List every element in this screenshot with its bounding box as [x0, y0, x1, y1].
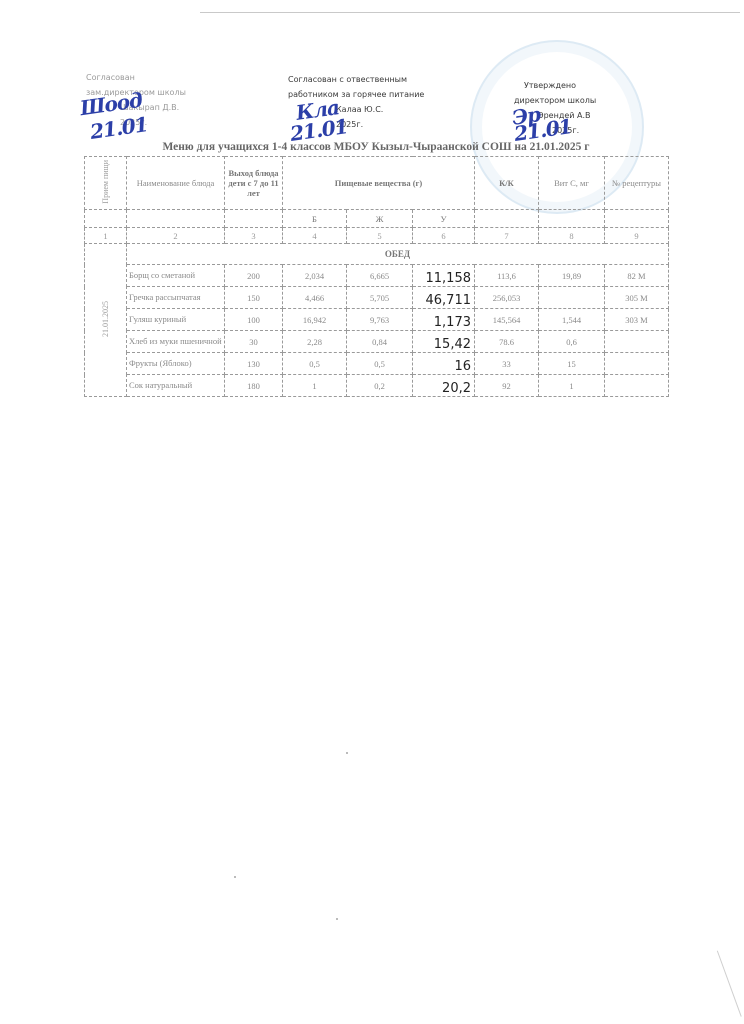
- col-num: 3: [225, 228, 283, 244]
- col-num: 6: [413, 228, 475, 244]
- dish-kcal: 256,053: [475, 287, 539, 309]
- col-num: 5: [347, 228, 413, 244]
- dish-recipe: 303 М: [605, 309, 669, 331]
- dish-name: Гуляш куриный: [127, 309, 225, 331]
- dish-vitamin: 15: [539, 353, 605, 375]
- dish-fat: 0,84: [347, 331, 413, 353]
- table-row: Гречка рассыпчатая 150 4,466 5,705 46,71…: [85, 287, 669, 309]
- dish-carbs: 1,173: [413, 309, 475, 331]
- scan-edge-line: [200, 12, 740, 13]
- col-num: 7: [475, 228, 539, 244]
- dish-yield: 100: [225, 309, 283, 331]
- dish-name: Фрукты (Яблоко): [127, 353, 225, 375]
- dish-vitamin: 1,544: [539, 309, 605, 331]
- scan-speck: [336, 918, 338, 920]
- subheader-row: Б Ж У: [85, 210, 669, 228]
- table-row: Борщ со сметаной 200 2,034 6,665 11,158 …: [85, 265, 669, 287]
- dish-vitamin: 0,6: [539, 331, 605, 353]
- scan-corner-mark: [709, 951, 741, 1020]
- dish-kcal: 145,564: [475, 309, 539, 331]
- dish-vitamin: 19,89: [539, 265, 605, 287]
- dish-name: Борщ со сметаной: [127, 265, 225, 287]
- dish-carbs: 11,158: [413, 265, 475, 287]
- menu-table: Прием пищи Наименование блюда Выход блюд…: [84, 156, 669, 397]
- subheader-carbs: У: [413, 210, 475, 228]
- col-num: 9: [605, 228, 669, 244]
- dish-fat: 6,665: [347, 265, 413, 287]
- subheader-protein: Б: [283, 210, 347, 228]
- date-cell: 21.01.2025: [85, 244, 127, 397]
- dish-protein: 4,466: [283, 287, 347, 309]
- dish-kcal: 78.6: [475, 331, 539, 353]
- document-title: Меню для учащихся 1-4 классов МБОУ Кызыл…: [84, 141, 668, 153]
- table-row: Хлеб из муки пшеничной 30 2,28 0,84 15,4…: [85, 331, 669, 353]
- dish-protein: 1: [283, 375, 347, 397]
- dish-protein: 16,942: [283, 309, 347, 331]
- dish-yield: 200: [225, 265, 283, 287]
- table-row: Гуляш куриный 100 16,942 9,763 1,173 145…: [85, 309, 669, 331]
- section-row: 21.01.2025 ОБЕД: [85, 244, 669, 265]
- dish-kcal: 92: [475, 375, 539, 397]
- header-row: Прием пищи Наименование блюда Выход блюд…: [85, 157, 669, 210]
- dish-fat: 9,763: [347, 309, 413, 331]
- dish-recipe: 305 М: [605, 287, 669, 309]
- dish-yield: 30: [225, 331, 283, 353]
- table-row: Фрукты (Яблоко) 130 0,5 0,5 16 33 15: [85, 353, 669, 375]
- dish-fat: 0,2: [347, 375, 413, 397]
- dish-fat: 0,5: [347, 353, 413, 375]
- subheader-fat: Ж: [347, 210, 413, 228]
- dish-yield: 180: [225, 375, 283, 397]
- dish-carbs: 46,711: [413, 287, 475, 309]
- section-title-lunch: ОБЕД: [127, 244, 669, 265]
- col-num: 1: [85, 228, 127, 244]
- dish-recipe: 82 М: [605, 265, 669, 287]
- dish-vitamin: 1: [539, 375, 605, 397]
- dish-name: Сок натуральный: [127, 375, 225, 397]
- approval-right-line1: Утверждено: [514, 78, 596, 93]
- approval-left-line1: Согласован: [86, 70, 186, 85]
- scan-speck: [234, 876, 236, 878]
- dish-yield: 130: [225, 353, 283, 375]
- dish-kcal: 33: [475, 353, 539, 375]
- col-num: 2: [127, 228, 225, 244]
- table-row: Сок натуральный 180 1 0,2 20,2 92 1: [85, 375, 669, 397]
- header-vitamin: Вит С, мг: [539, 157, 605, 210]
- dish-carbs: 15,42: [413, 331, 475, 353]
- dish-vitamin: [539, 287, 605, 309]
- dish-kcal: 113,6: [475, 265, 539, 287]
- dish-recipe: [605, 331, 669, 353]
- approval-mid-line1: Согласован с отвественным: [288, 72, 424, 87]
- header-nutrients: Пищевые вещества (г): [283, 157, 475, 210]
- dish-yield: 150: [225, 287, 283, 309]
- dish-carbs: 16: [413, 353, 475, 375]
- dish-name: Гречка рассыпчатая: [127, 287, 225, 309]
- header-dish: Наименование блюда: [127, 157, 225, 210]
- dish-protein: 0,5: [283, 353, 347, 375]
- dish-fat: 5,705: [347, 287, 413, 309]
- col-num: 8: [539, 228, 605, 244]
- scan-speck: [346, 752, 348, 754]
- dish-protein: 2,28: [283, 331, 347, 353]
- header-kcal: К/К: [475, 157, 539, 210]
- header-recipe: № рецептуры: [605, 157, 669, 210]
- dish-carbs: 20,2: [413, 375, 475, 397]
- dish-recipe: [605, 375, 669, 397]
- header-yield: Выход блюда дети с 7 до 11 лет: [225, 157, 283, 210]
- dish-protein: 2,034: [283, 265, 347, 287]
- header-meal: Прием пищи: [85, 157, 127, 210]
- dish-recipe: [605, 353, 669, 375]
- col-num: 4: [283, 228, 347, 244]
- column-number-row: 1 2 3 4 5 6 7 8 9: [85, 228, 669, 244]
- dish-name: Хлеб из муки пшеничной: [127, 331, 225, 353]
